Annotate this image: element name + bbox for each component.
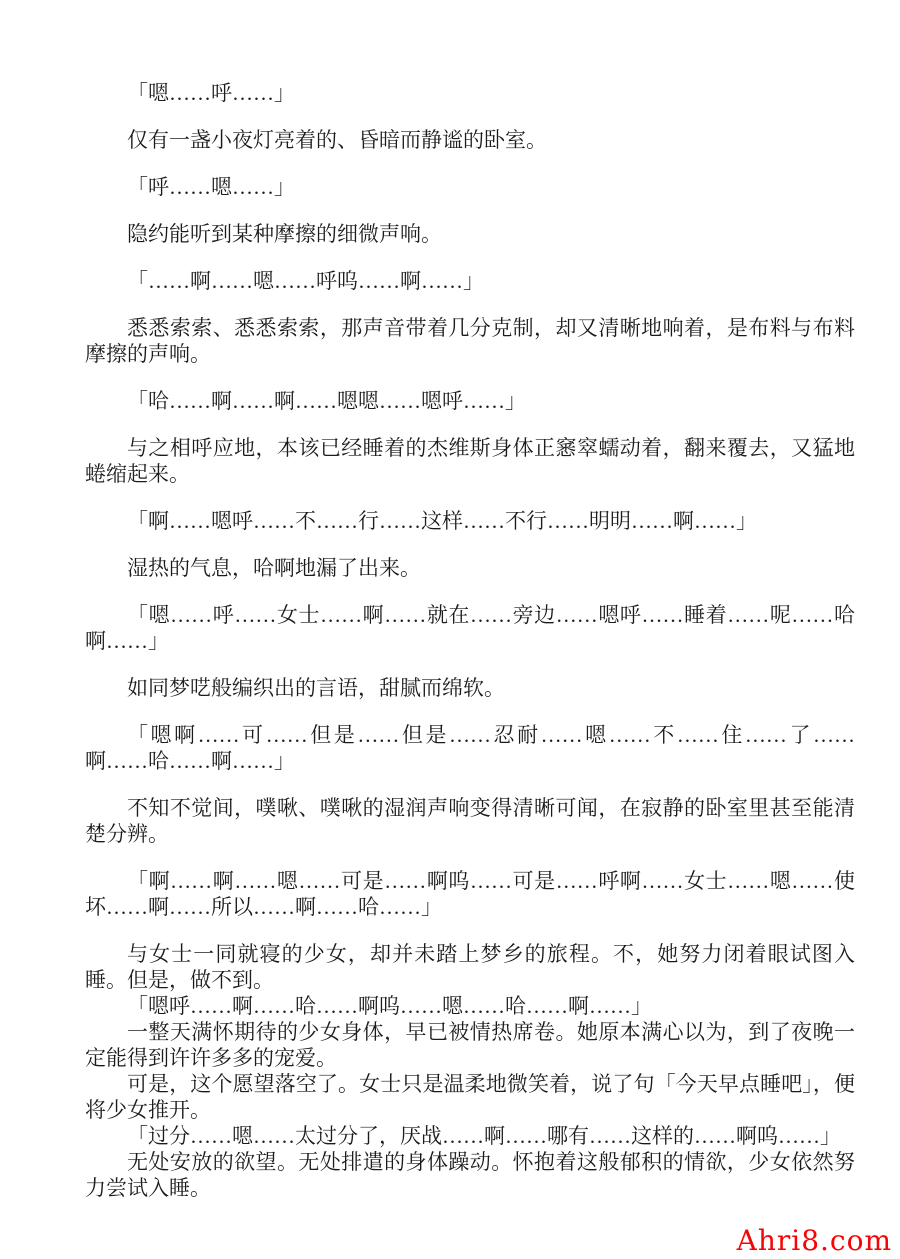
- dialogue-paragraph: 「嗯呼……啊……哈……啊呜……嗯……哈……啊……」: [85, 993, 855, 1019]
- dialogue-paragraph: 「嗯……呼……」: [85, 80, 855, 106]
- novel-page: { "page": { "background_color": "#ffffff…: [0, 0, 900, 1259]
- dialogue-paragraph: 「过分……嗯……太过分了，厌战……啊……哪有……这样的……啊呜……」: [85, 1123, 855, 1149]
- narration-paragraph: 可是，这个愿望落空了。女士只是温柔地微笑着，说了句「今天早点睡吧」，便将少女推开…: [85, 1071, 855, 1123]
- narration-paragraph: 隐约能听到某种摩擦的细微声响。: [85, 221, 855, 247]
- narration-paragraph: 悉悉索索、悉悉索索，那声音带着几分克制，却又清晰地响着，是布料与布料摩擦的声响。: [85, 315, 855, 367]
- dialogue-paragraph: 「嗯啊……可……但是……但是……忍耐……嗯……不……住……了……啊……哈……啊……: [85, 722, 855, 774]
- narration-paragraph: 湿热的气息，哈啊地漏了出来。: [85, 555, 855, 581]
- watermark: Ahri8.com: [737, 1227, 892, 1255]
- narration-paragraph: 无处安放的欲望。无处排遣的身体躁动。怀抱着这般郁积的情欲，少女依然努力尝试入睡。: [85, 1149, 855, 1201]
- narration-paragraph: 一整天满怀期待的少女身体，早已被情热席卷。她原本满心以为，到了夜晚一定能得到许许…: [85, 1019, 855, 1071]
- dialogue-paragraph: 「啊……啊……嗯……可是……啊呜……可是……呼啊……女士……嗯……使坏……啊………: [85, 868, 855, 920]
- novel-text-column: 「嗯……呼……」 仅有一盏小夜灯亮着的、昏暗而静谧的卧室。 「呼……嗯……」 隐…: [85, 80, 855, 1201]
- dialogue-paragraph: 「哈……啊……啊……嗯嗯……嗯呼……」: [85, 388, 855, 414]
- dialogue-paragraph: 「嗯……呼……女士……啊……就在……旁边……嗯呼……睡着……呢……哈啊……」: [85, 602, 855, 654]
- narration-paragraph: 不知不觉间，噗啾、噗啾的湿润声响变得清晰可闻，在寂静的卧室里甚至能清楚分辨。: [85, 795, 855, 847]
- dialogue-paragraph: 「呼……嗯……」: [85, 174, 855, 200]
- narration-paragraph: 与之相呼应地，本该已经睡着的杰维斯身体正窸窣蠕动着，翻来覆去，又猛地蜷缩起来。: [85, 435, 855, 487]
- dialogue-paragraph: 「……啊……嗯……呼呜……啊……」: [85, 268, 855, 294]
- narration-paragraph: 与女士一同就寝的少女，却并未踏上梦乡的旅程。不，她努力闭着眼试图入睡。但是，做不…: [85, 941, 855, 993]
- narration-paragraph: 如同梦呓般编织出的言语，甜腻而绵软。: [85, 675, 855, 701]
- dialogue-paragraph: 「啊……嗯呼……不……行……这样……不行……明明……啊……」: [85, 508, 855, 534]
- narration-paragraph: 仅有一盏小夜灯亮着的、昏暗而静谧的卧室。: [85, 127, 855, 153]
